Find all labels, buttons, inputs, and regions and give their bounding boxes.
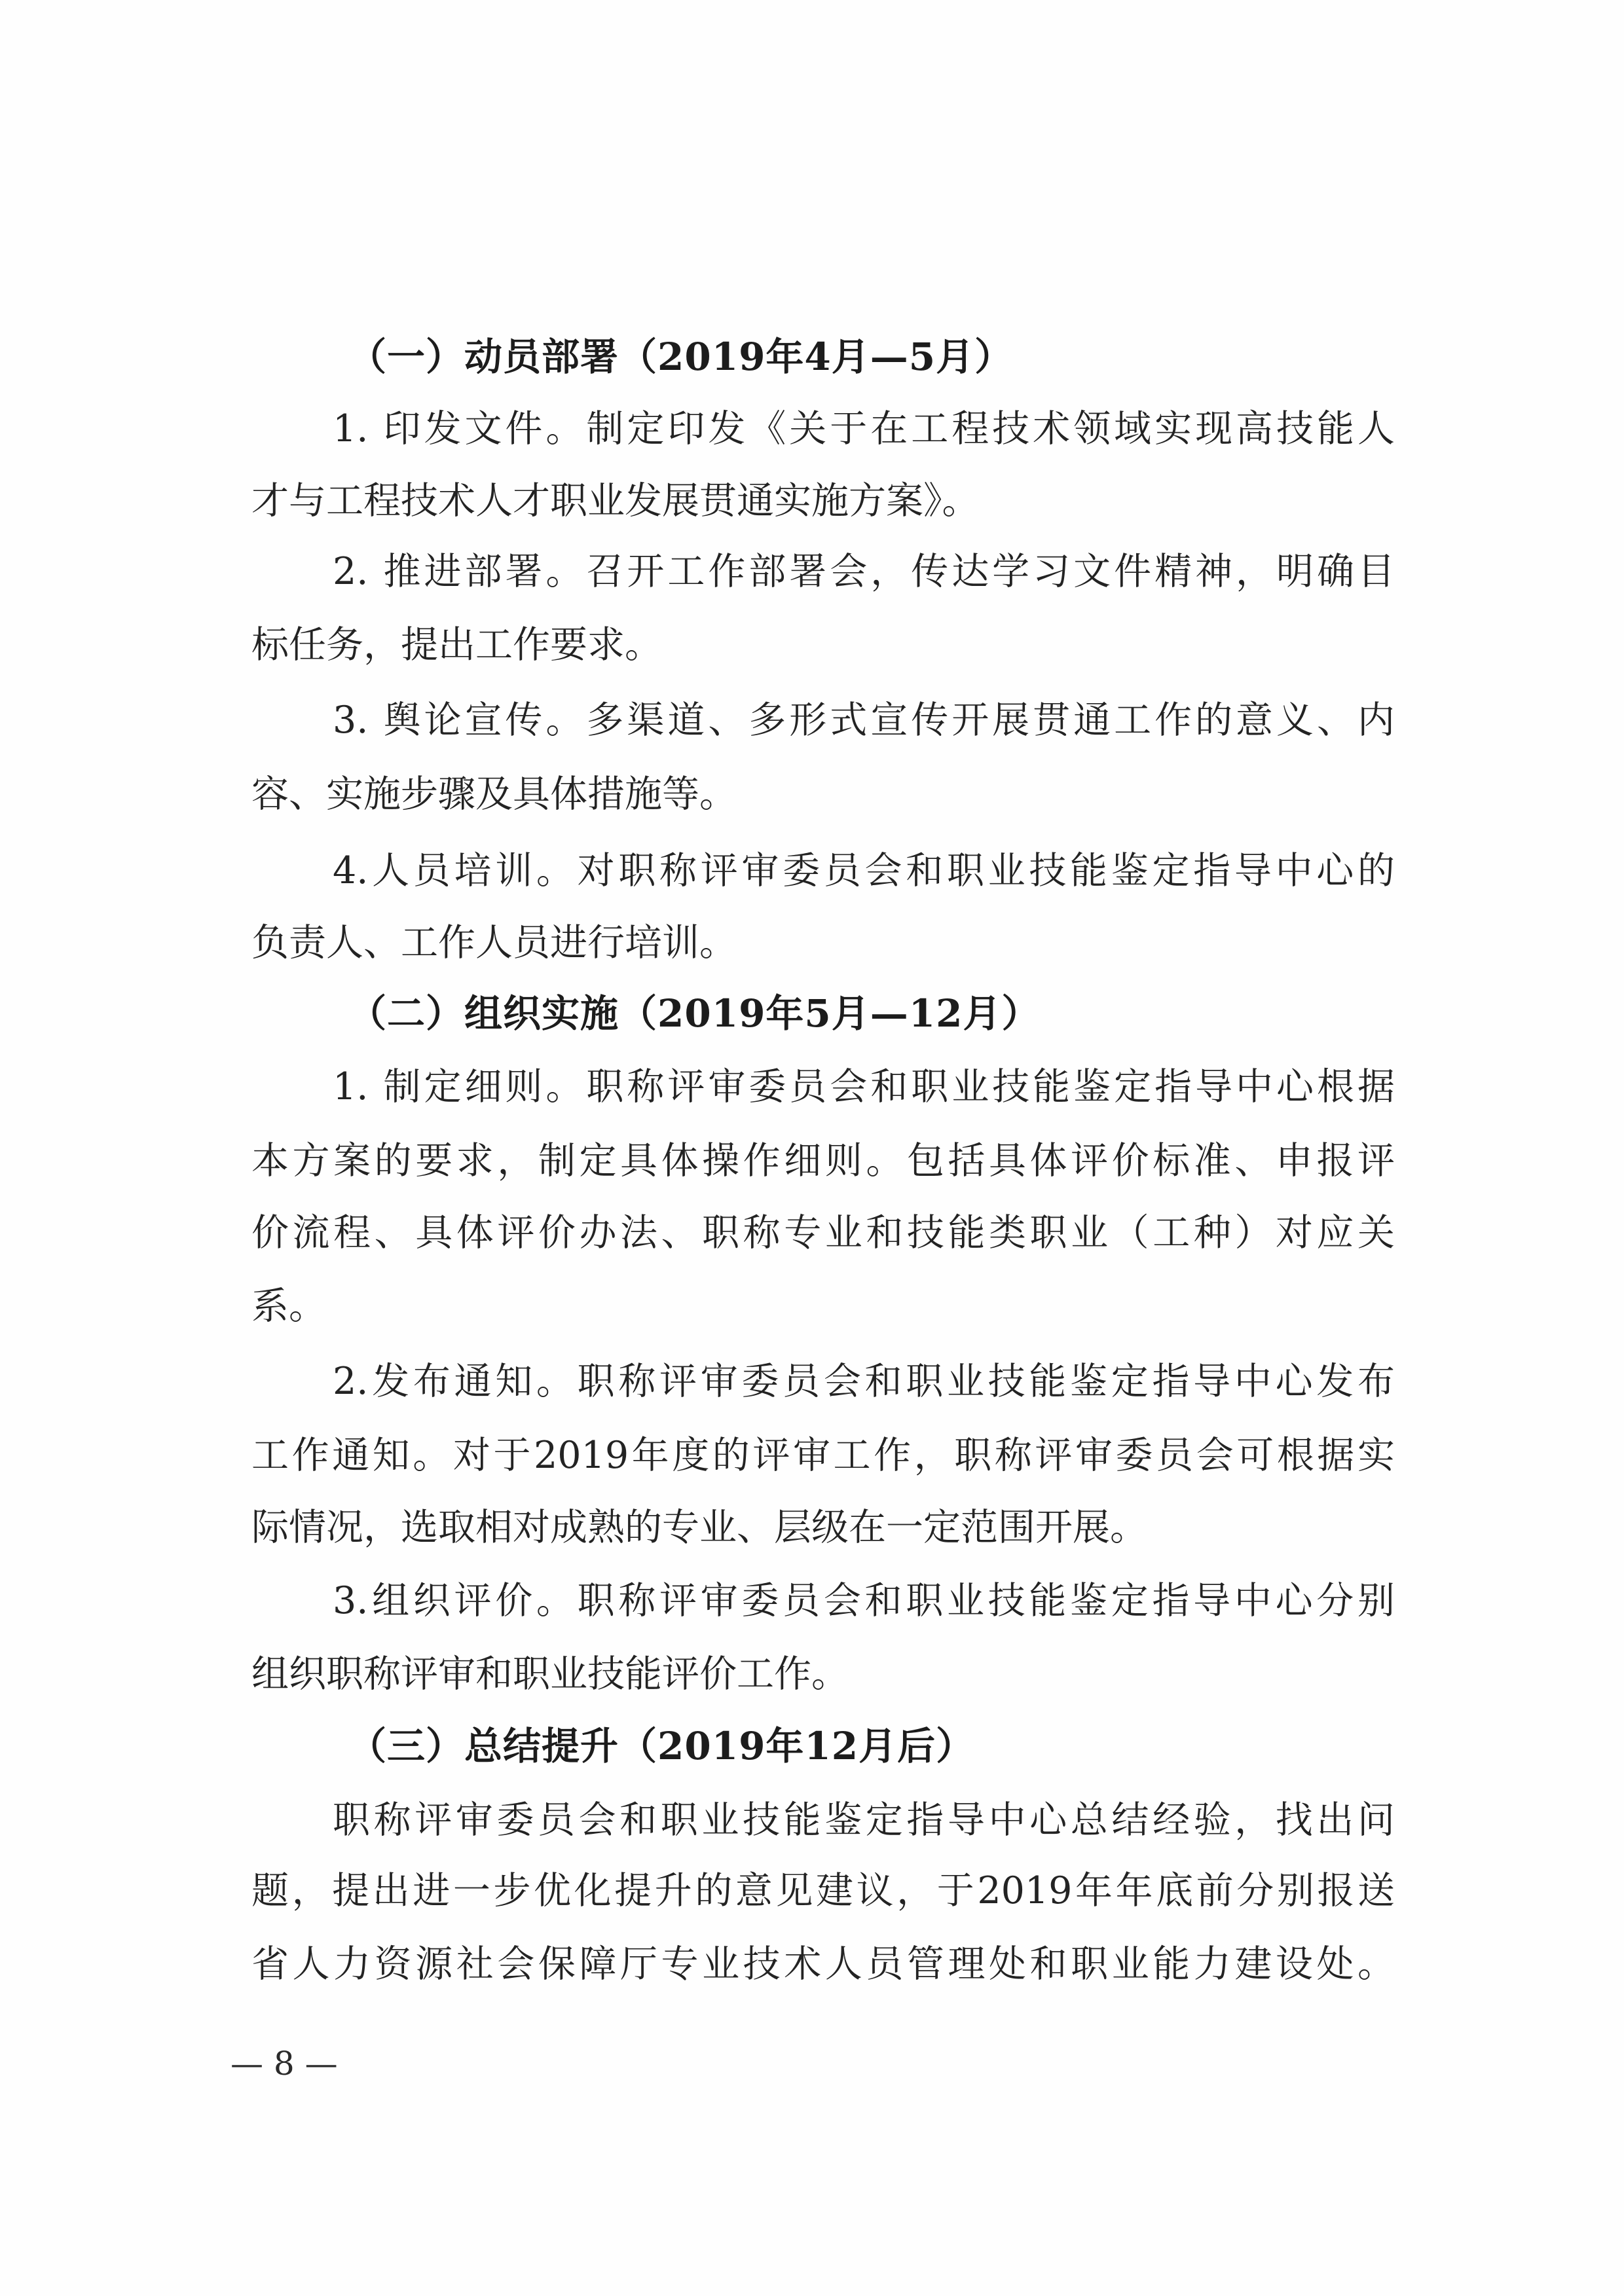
paragraph-line: 省人力资源社会保障厅专业技术人员管理处和职业能力建设处。 — [251, 1931, 1395, 1997]
paragraph-line: 负责人、工作人员进行培训。 — [251, 910, 1395, 975]
paragraph-line: 际情况，选取相对成熟的专业、层级在一定范围开展。 — [251, 1495, 1395, 1560]
paragraph-line: 价流程、具体评价办法、职称专业和技能类职业（工种）对应关 — [251, 1200, 1395, 1266]
paragraph-line: 标任务，提出工作要求。 — [251, 612, 1395, 678]
paragraph-line: 3. 舆论宣传。多渠道、多形式宣传开展贯通工作的意义、内 — [333, 687, 1395, 753]
paragraph-line: 2.发布通知。职称评审委员会和职业技能鉴定指导中心发布 — [333, 1349, 1395, 1414]
section-heading-summary: （三）总结提升（2019年12月后） — [348, 1713, 974, 1779]
page-number: — 8 — — [231, 2044, 338, 2083]
paragraph-line: 本方案的要求，制定具体操作细则。包括具体评价标准、申报评 — [251, 1128, 1395, 1194]
paragraph-line: 4.人员培训。对职称评审委员会和职业技能鉴定指导中心的 — [333, 838, 1395, 903]
paragraph-line: 2. 推进部署。召开工作部署会，传达学习文件精神，明确目 — [333, 539, 1395, 604]
paragraph-line: 组织职称评审和职业技能评价工作。 — [251, 1641, 1395, 1707]
section-heading-implementation: （二）组织实施（2019年5月—12月） — [348, 981, 1041, 1046]
paragraph-line: 容、实施步骤及具体措施等。 — [251, 761, 1395, 827]
document-page: （一）动员部署（2019年4月—5月） 1. 印发文件。制定印发《关于在工程技术… — [0, 0, 1624, 2296]
paragraph-line: 职称评审委员会和职业技能鉴定指导中心总结经验，找出问 — [333, 1787, 1395, 1853]
paragraph-line: 工作通知。对于2019年度的评审工作，职称评审委员会可根据实 — [251, 1423, 1395, 1488]
paragraph-line: 题，提出进一步优化提升的意见建议，于2019年年底前分别报送 — [251, 1858, 1395, 1923]
paragraph-line: 1. 制定细则。职称评审委员会和职业技能鉴定指导中心根据 — [333, 1054, 1395, 1120]
paragraph-line: 1. 印发文件。制定印发《关于在工程技术领域实现高技能人 — [333, 396, 1395, 462]
paragraph-line: 才与工程技术人才职业发展贯通实施方案》。 — [251, 468, 1395, 534]
paragraph-line: 3.组织评价。职称评审委员会和职业技能鉴定指导中心分别 — [333, 1568, 1395, 1633]
section-heading-mobilization: （一）动员部署（2019年4月—5月） — [348, 324, 1013, 390]
paragraph-line: 系。 — [251, 1273, 1395, 1339]
